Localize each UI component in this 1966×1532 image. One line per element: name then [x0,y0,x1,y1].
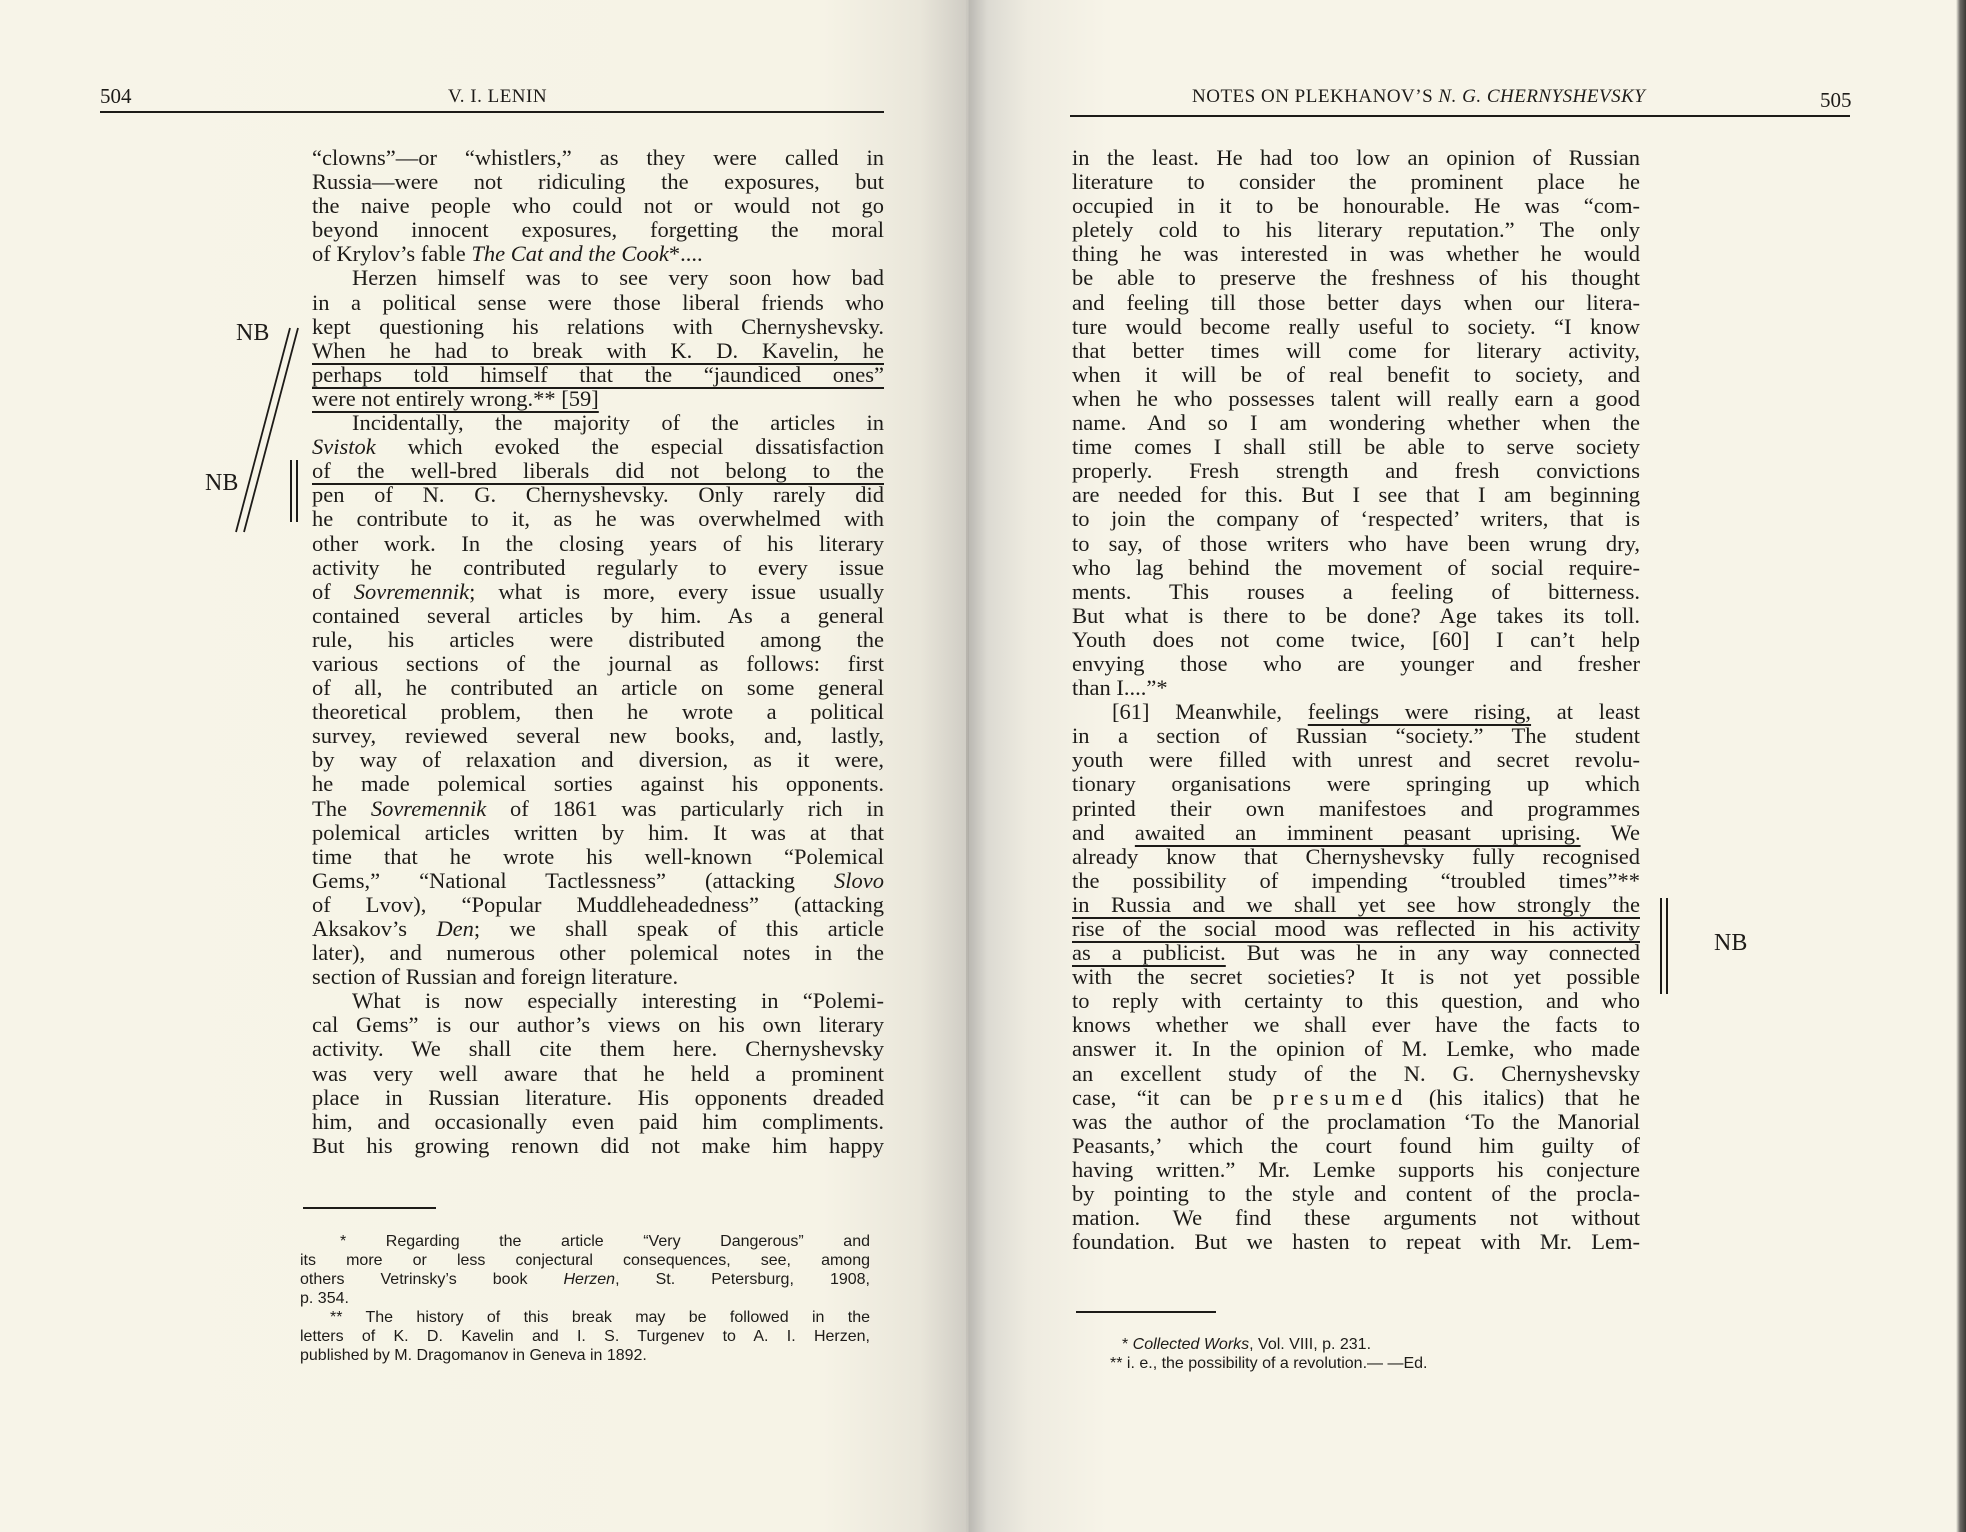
text-line: rule, his articles were distributed amon… [312,628,884,652]
text-line: name. And so I am wondering whether when… [1072,411,1640,435]
text-fragment: others Vetrinsky’s book [300,1271,564,1288]
text-line: the possibility of impending “troubled t… [1072,869,1640,893]
right-footnotes: * Collected Works, Vol. VIII, p. 231. **… [1110,1335,1630,1373]
footnote-line: letters of K. D. Kavelin and I. S. Turge… [300,1327,870,1346]
journal-slovo: Slovo [834,868,884,893]
text-line: The Sovremennik of 1861 was particularly… [312,797,884,821]
header-rule-left [100,111,884,113]
text-line: But what is there to be done? Age takes … [1072,604,1640,628]
text-fragment: of 1861 was particularly rich in [486,796,884,821]
text-line: and feeling till those better days when … [1072,291,1640,315]
text-line: occupied in it to be honourable. He was … [1072,194,1640,218]
text-fragment: of [312,579,354,604]
text-line: pen of N. G. Chernyshevsky. Only rarely … [312,483,884,507]
footnote-line: others Vetrinsky’s book Herzen, St. Pete… [300,1270,870,1289]
text-line: an excellent study of the N. G. Chernysh… [1072,1062,1640,1086]
running-head-italic: N. G. CHERNYSHEVSKY [1438,86,1645,107]
text-line: of Lvov), “Popular Muddleheadedness” (at… [312,893,884,917]
margin-bar [290,460,292,522]
text-line: ments. This rouses a feeling of bitterne… [1072,580,1640,604]
text-line: in a section of Russian “society.” The s… [1072,724,1640,748]
text-line: time that he wrote his well-known “Polem… [312,845,884,869]
text-line: with the secret societies? It is not yet… [1072,965,1640,989]
text-line: section of Russian and foreign literatur… [312,965,884,989]
text-line: him, and occasionally even paid him comp… [312,1110,884,1134]
text-line: Russia—were not ridiculing the exposures… [312,170,884,194]
page-number-left: 504 [100,84,132,109]
text-line: [61] Meanwhile, feelings were rising, at… [1072,700,1640,724]
footnote-line: p. 354. [300,1289,870,1308]
journal-svistok: Svistok [312,434,376,459]
journal-den: Den [436,916,474,941]
text-line: Peasants,’ which the court found him gui… [1072,1134,1640,1158]
running-head-left: V. I. LENIN [448,86,547,108]
fable-title: The Cat and the Cook [471,241,669,266]
text-line: various sections of the journal as follo… [312,652,884,676]
text-line: ture would become really useful to socie… [1072,315,1640,339]
text-fragment: and [1072,820,1135,845]
underlined-text: awaited an imminent peasant uprising. [1135,820,1581,845]
book-title: Collected Works [1133,1336,1249,1353]
text-line: of Sovremennik; what is more, every issu… [312,580,884,604]
text-line: envying those who are younger and freshe… [1072,652,1640,676]
text-line: thing he was interested in was whether h… [1072,242,1640,266]
text-fragment: Aksakov’s [312,916,436,941]
text-line: place in Russian literature. His opponen… [312,1086,884,1110]
text-line: as a publicist. But was he in any way co… [1072,941,1640,965]
text-line: in a political sense were those liberal … [312,291,884,315]
text-line: other work. In the closing years of his … [312,532,884,556]
text-fragment: (his italics) that he [1408,1085,1640,1110]
text-line: he made polemical sorties against his op… [312,772,884,796]
footnote-line: published by M. Dragomanov in Geneva in … [300,1346,870,1365]
margin-bar [1660,898,1662,994]
text-line: having written.” Mr. Lemke supports his … [1072,1158,1640,1182]
text-line: case, “it can be presumed (his italics) … [1072,1086,1640,1110]
underlined-line: in Russia and we shall yet see how stron… [1072,893,1640,917]
text-fragment: , St. Petersburg, 1908, [615,1271,870,1288]
text-line: mation. We find these arguments not with… [1072,1206,1640,1230]
text-line: who lag behind the movement of social re… [1072,556,1640,580]
text-line: cal Gems” is our author’s views on his o… [312,1013,884,1037]
text-line: Aksakov’s Den; we shall speak of this ar… [312,917,884,941]
text-line: by way of relaxation and diversion, as i… [312,748,884,772]
text-line: that better times will come for literary… [1072,339,1640,363]
text-line: to join the company of ‘respected’ write… [1072,507,1640,531]
text-line: to reply with certainty to this question… [1072,989,1640,1013]
text-line: pletely cold to his literary reputation.… [1072,218,1640,242]
text-fragment: of Krylov’s fable [312,241,471,266]
text-line: later), and numerous other polemical not… [312,941,884,965]
text-line: and awaited an imminent peasant uprising… [1072,821,1640,845]
text-fragment: We [1581,820,1640,845]
page-number-right: 505 [1820,88,1852,113]
text-line: by pointing to the style and content of … [1072,1182,1640,1206]
text-fragment: case, “it can be [1072,1085,1273,1110]
text-line: But his growing renown did not make him … [312,1134,884,1158]
nb-annotation: NB [1714,930,1747,957]
left-footnotes: * Regarding the article “Very Dangerous”… [300,1232,870,1365]
underlined-line: When he had to break with K. D. Kavelin,… [312,339,884,363]
text-line: time comes I shall still be able to serv… [1072,435,1640,459]
text-line: Incidentally, the majority of the articl… [312,411,884,435]
underlined-line: rise of the social mood was reflected in… [1072,917,1640,941]
underlined-line: of the well-bred liberals did not belong… [312,459,884,483]
text-line: properly. Fresh strength and fresh convi… [1072,459,1640,483]
text-fragment: which evoked the especial dissatisfactio… [376,434,884,459]
margin-bar [296,460,298,522]
left-page-body: “clowns”—or “whistlers,” as they were ca… [312,146,884,1158]
text-line: when it will be of real benefit to socie… [1072,363,1640,387]
footnote-line: ** i. e., the possibility of a revolutio… [1110,1354,1630,1373]
footnote-ref: *.... [669,241,703,266]
footnote-rule [1076,1311,1216,1313]
running-head-right: NOTES ON PLEKHANOV’S N. G. CHERNYSHEVSKY [1192,86,1645,108]
text-line: was the author of the proclamation ‘To t… [1072,1110,1640,1134]
header-rule-right [1070,115,1850,117]
text-line: of Krylov’s fable The Cat and the Cook*.… [312,242,884,266]
text-line: are needed for this. But I see that I am… [1072,483,1640,507]
text-line: activity. We shall cite them here. Chern… [312,1037,884,1061]
text-line: beyond innocent exposures, forgetting th… [312,218,884,242]
footnote-rule [303,1207,436,1209]
text-line: contained several articles by him. As a … [312,604,884,628]
text-fragment: [61] Meanwhile, [1112,699,1308,724]
text-line: foundation. But we hasten to repeat with… [1072,1230,1640,1254]
text-line: of all, he contributed an article on som… [312,676,884,700]
journal-sovremennik: Sovremennik [371,796,486,821]
book-spread: 504 V. I. LENIN “clowns”—or “whistlers,”… [0,0,1966,1532]
text-line: was very well aware that he held a promi… [312,1062,884,1086]
footnote-line: * Collected Works, Vol. VIII, p. 231. [1110,1335,1630,1354]
text-line: activity he contributed regularly to eve… [312,556,884,580]
text-fragment: The [312,796,371,821]
text-line: Gems,” “National Tactlessness” (attackin… [312,869,884,893]
text-line: What is now especially interesting in “P… [312,989,884,1013]
book-title: Herzen [564,1271,616,1288]
spaced-emphasis: presumed [1273,1085,1408,1110]
journal-sovremennik: Sovremennik [354,579,469,604]
text-line: already know that Chernyshevsky fully re… [1072,845,1640,869]
text-line: were not entirely wrong.** [59] [312,387,884,411]
text-line: tionary organisations were springing up … [1072,772,1640,796]
underlined-text: were not entirely wrong.** [59] [312,386,599,411]
text-fragment: Gems,” “National Tactlessness” (attackin… [312,868,834,893]
underlined-text: as a publicist. [1072,940,1226,965]
nb-annotation: NB [205,470,238,497]
footnote-line: its more or less conjectural consequence… [300,1251,870,1270]
text-line: Svistok which evoked the especial dissat… [312,435,884,459]
right-page-body: in the least. He had too low an opinion … [1072,146,1640,1254]
double-slash-mark [232,320,312,540]
text-fragment: , Vol. VIII, p. 231. [1249,1336,1371,1353]
footnote-line: ** The history of this break may be foll… [300,1308,870,1327]
text-line: knows whether we shall ever have the fac… [1072,1013,1640,1037]
text-fragment: But was he in any way connected [1226,940,1640,965]
footnote-line: * Regarding the article “Very Dangerous”… [300,1232,870,1251]
text-line: to say, of those writers who have been w… [1072,532,1640,556]
text-fragment: ; what is more, every issue usually [469,579,884,604]
text-line: survey, reviewed several new books, and,… [312,724,884,748]
book-gutter [966,0,969,1532]
text-line: be able to preserve the freshness of his… [1072,266,1640,290]
text-line: than I....”* [1072,676,1640,700]
text-line: literature to consider the prominent pla… [1072,170,1640,194]
underlined-text: feelings were rising, [1308,699,1531,724]
margin-bar [1666,898,1668,994]
text-line: in the least. He had too low an opinion … [1072,146,1640,170]
text-line: “clowns”—or “whistlers,” as they were ca… [312,146,884,170]
footnote-marker: * [1122,1336,1133,1353]
text-line: Herzen himself was to see very soon how … [312,266,884,290]
text-fragment: ; we shall speak of this article [474,916,884,941]
text-line: theoretical problem, then he wrote a pol… [312,700,884,724]
running-head-text: NOTES ON PLEKHANOV’S [1192,86,1438,107]
text-line: when he who possesses talent will really… [1072,387,1640,411]
text-line: Youth does not come twice, [60] I can’t … [1072,628,1640,652]
text-line: polemical articles written by him. It wa… [312,821,884,845]
underlined-line: perhaps told himself that the “jaundiced… [312,363,884,387]
text-line: printed their own manifestoes and progra… [1072,797,1640,821]
text-line: the naive people who could not or would … [312,194,884,218]
text-line: kept questioning his relations with Cher… [312,315,884,339]
text-line: he contribute to it, as he was overwhelm… [312,507,884,531]
text-line: youth were filled with unrest and secret… [1072,748,1640,772]
text-line: answer it. In the opinion of M. Lemke, w… [1072,1037,1640,1061]
text-fragment: at least [1531,699,1640,724]
